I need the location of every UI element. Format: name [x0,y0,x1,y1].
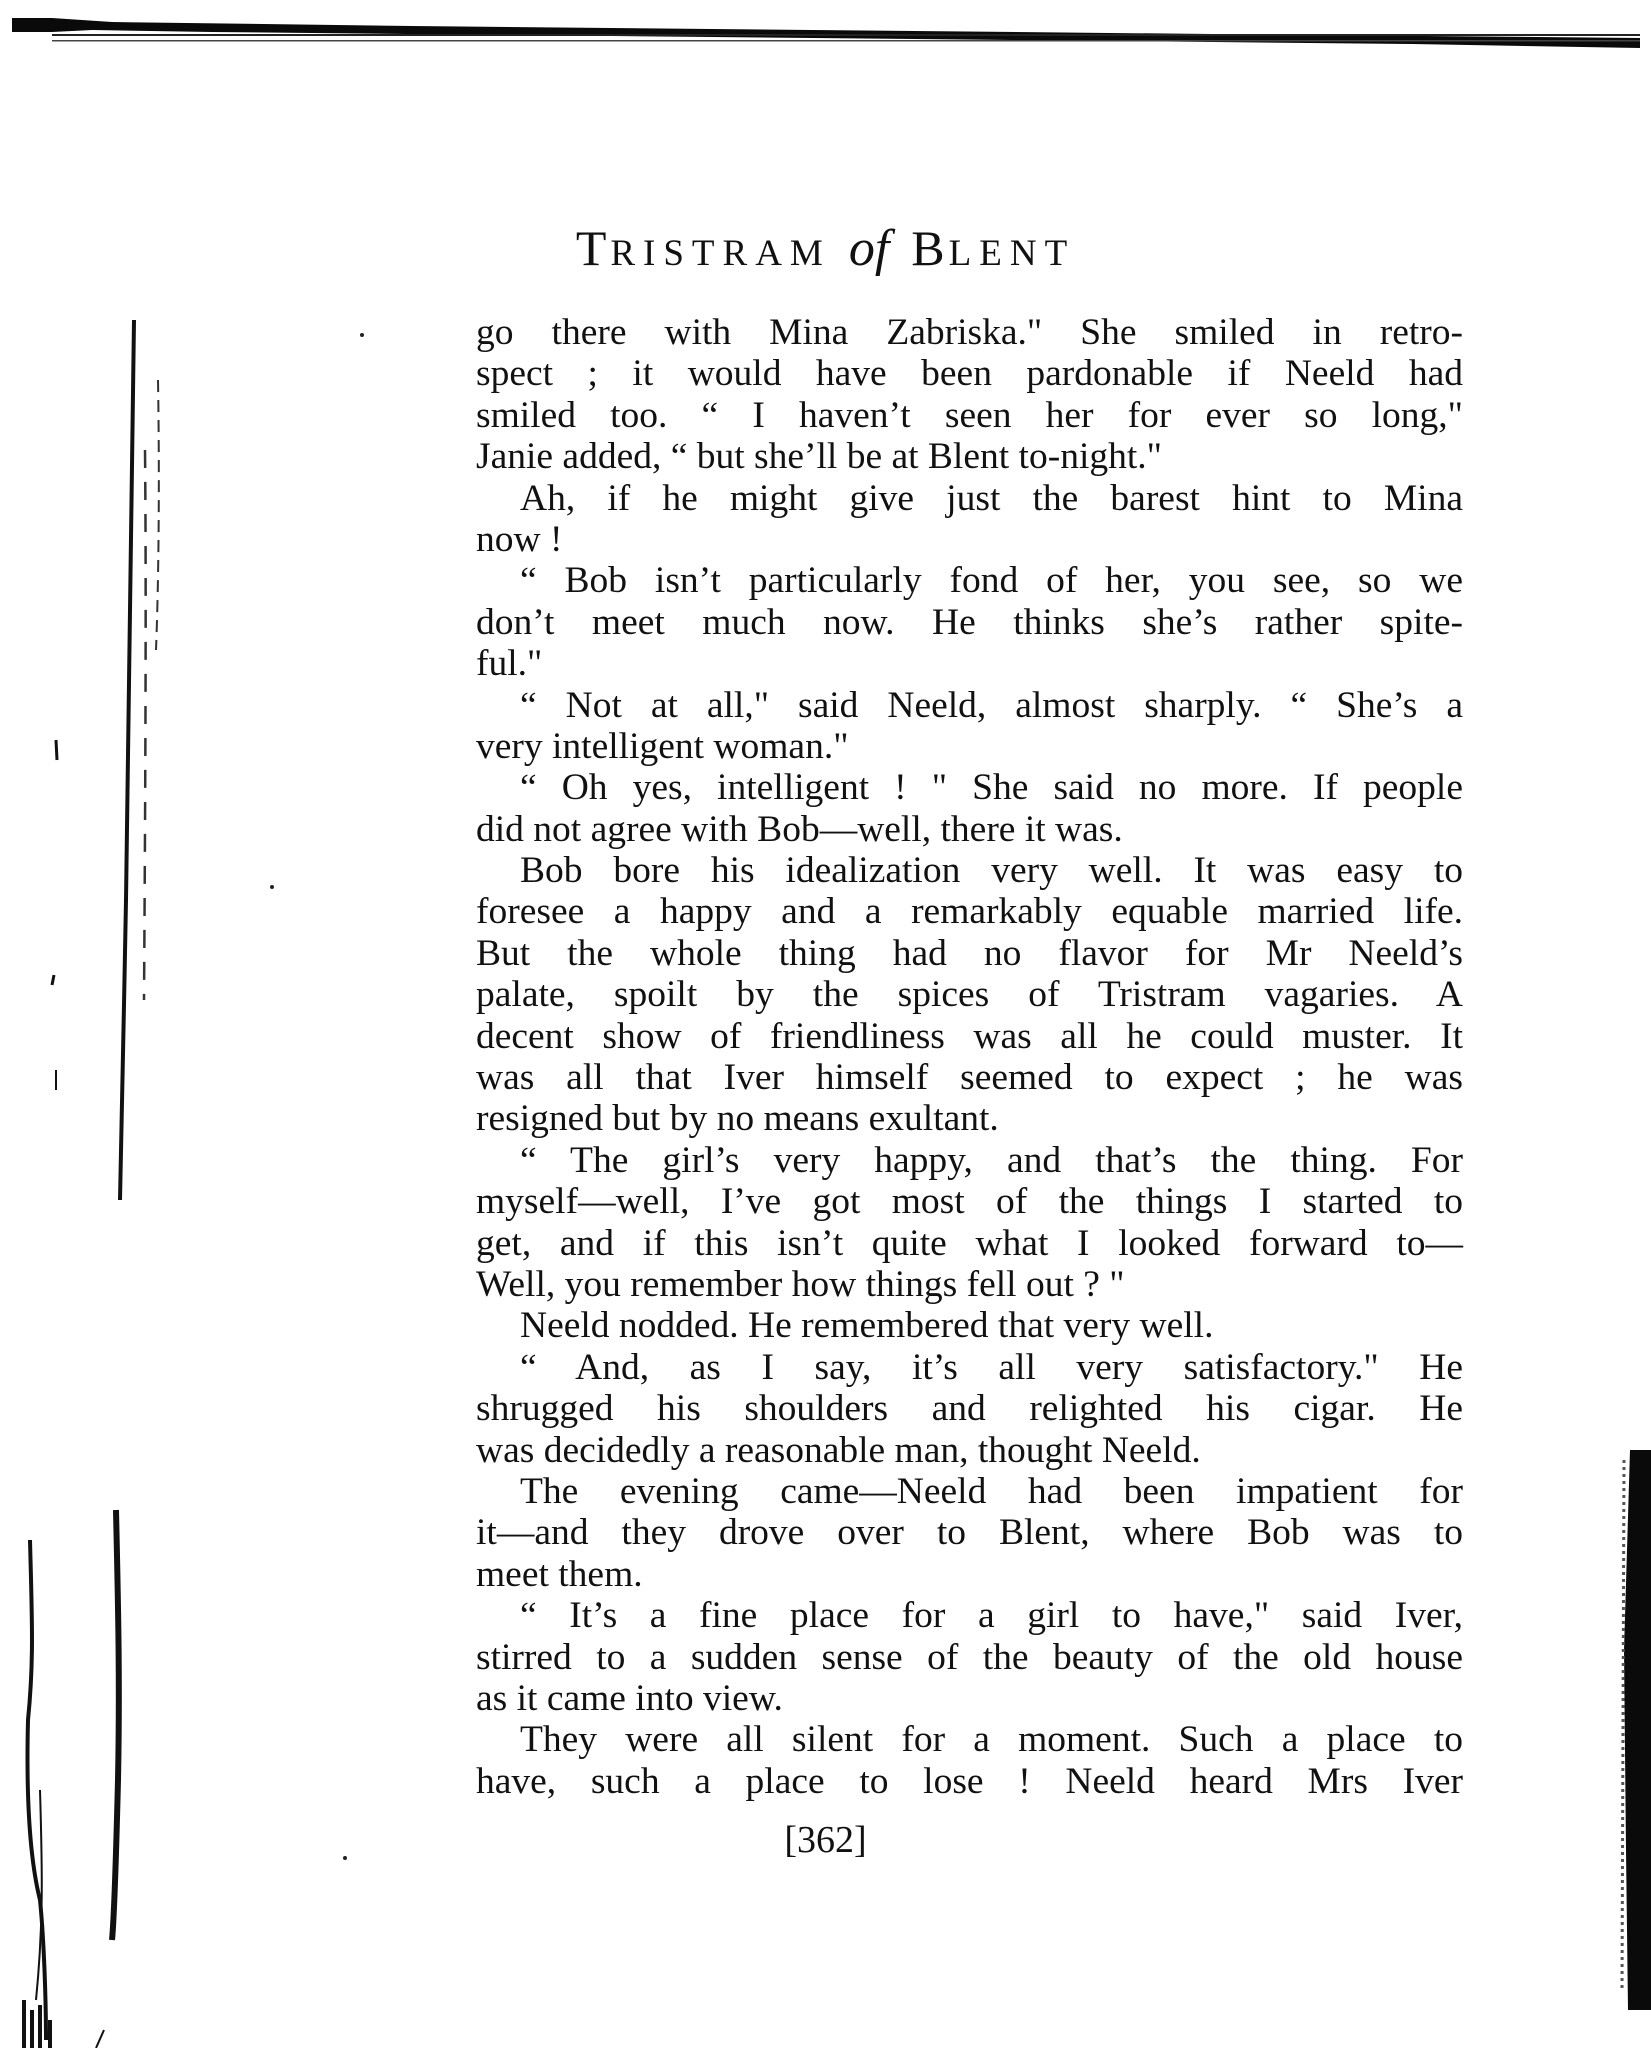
text-line: The evening came—Neeld had been impatien… [476,1471,1463,1512]
text-line: smiled too. “ I haven’t seen her for eve… [476,395,1463,436]
text-line: foresee a happy and a remarkably equable… [476,891,1463,932]
text-line: go there with Mina Zabriska." She smiled… [476,312,1463,353]
scan-speck [360,333,364,337]
text-line: was all that Iver himself seemed to expe… [476,1057,1463,1098]
text-line: “ It’s a fine place for a girl to have,"… [476,1595,1463,1636]
text-line: ful." [476,643,1463,684]
scan-top-edge [12,18,1640,48]
text-line: get, and if this isn’t quite what I look… [476,1223,1463,1264]
text-line: was decidedly a reasonable man, thought … [476,1430,1463,1471]
text-line: “ Bob isn’t particularly fond of her, yo… [476,560,1463,601]
text-line: decent show of friendliness was all he c… [476,1016,1463,1057]
scan-right-edge-shadow [1600,1450,1651,2010]
text-line: palate, spoilt by the spices of Tristram… [476,974,1463,1015]
text-line: meet them. [476,1554,1463,1595]
body-text: go there with Mina Zabriska." She smiled… [476,312,1463,1802]
text-line: “ And, as I say, it’s all very satisfact… [476,1347,1463,1388]
page-number: [362] [0,1818,1651,1862]
text-line: But the whole thing had no flavor for Mr… [476,933,1463,974]
scan-binding-shadow [0,300,200,2048]
text-line: “ Not at all," said Neeld, almost sharpl… [476,685,1463,726]
text-line: Janie added, “ but she’ll be at Blent to… [476,436,1463,477]
text-line: Ah, if he might give just the barest hin… [476,478,1463,519]
text-line: resigned but by no means exultant. [476,1098,1463,1139]
running-head-initial-1: T [576,220,611,276]
text-line: as it came into view. [476,1678,1463,1719]
scan-speck [270,885,274,889]
text-line: “ Oh yes, intelligent ! " She said no mo… [476,767,1463,808]
text-line: now ! [476,519,1463,560]
text-line: Bob bore his idealization very well. It … [476,850,1463,891]
text-line: They were all silent for a moment. Such … [476,1719,1463,1760]
text-line: don’t meet much now. He thinks she’s rat… [476,602,1463,643]
text-line: did not agree with Bob—well, there it wa… [476,809,1463,850]
text-line: stirred to a sudden sense of the beauty … [476,1637,1463,1678]
running-head-connector: of [849,220,889,277]
text-line: “ The girl’s very happy, and that’s the … [476,1140,1463,1181]
text-line: Well, you remember how things fell out ?… [476,1264,1463,1305]
running-head-word-1: RISTRAM [610,233,830,274]
running-head: TRISTRAMofBLENT [0,218,1651,284]
text-line: it—and they drove over to Blent, where B… [476,1512,1463,1553]
text-line: shrugged his shoulders and relighted his… [476,1388,1463,1429]
text-line: Neeld nodded. He remembered that very we… [476,1305,1463,1346]
text-line: myself—well, I’ve got most of the things… [476,1181,1463,1222]
running-head-word-2: LENT [949,233,1076,274]
text-line: have, such a place to lose ! Neeld heard… [476,1761,1463,1802]
text-line: very intelligent woman." [476,726,1463,767]
text-line: spect ; it would have been pardonable if… [476,353,1463,394]
running-head-initial-2: B [911,220,948,276]
